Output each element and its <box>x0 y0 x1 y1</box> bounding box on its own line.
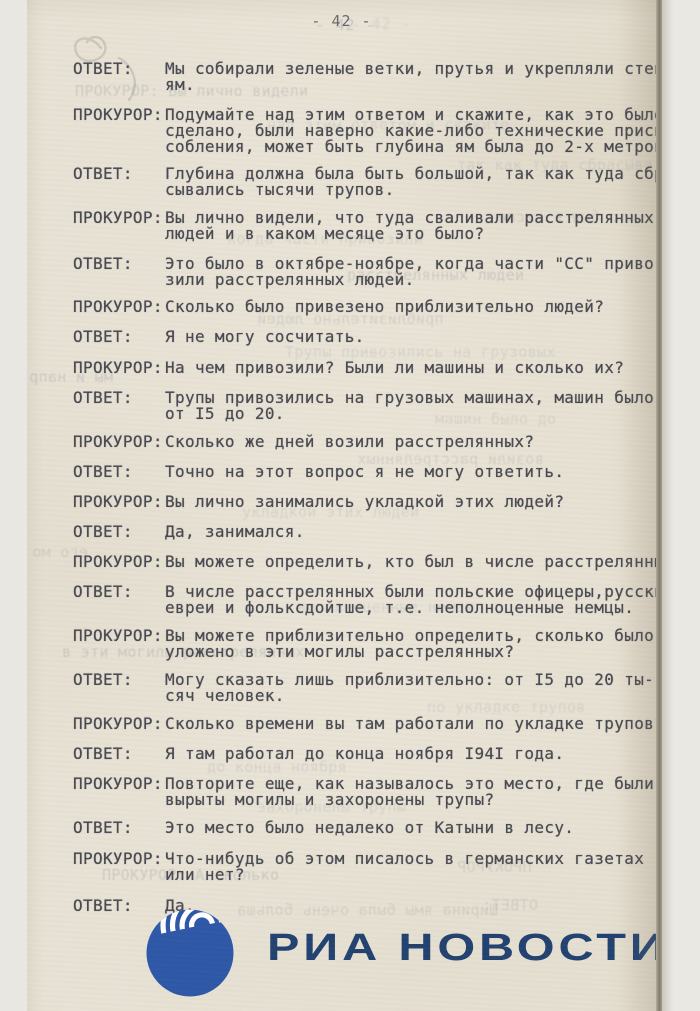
dialogue-text: На чем привозили? Были ли машины и сколь… <box>165 360 624 376</box>
dialogue-text: Это место было недалеко от Катыни в лесу… <box>165 820 574 836</box>
dialogue-block: ОТВЕТ:Могу сказать лишь приблизительно: … <box>73 672 654 704</box>
dialogue-block: ОТВЕТ:Это место было недалеко от Катыни … <box>73 820 574 836</box>
speaker-label: ОТВЕТ: <box>73 524 165 540</box>
dialogue-text: Точно на этот вопрос я не могу ответить. <box>165 464 564 480</box>
dialogue-block: ОТВЕТ:Глубина должна была быть большой, … <box>73 166 656 198</box>
dialogue-block: ОТВЕТ:Это было в октябре-ноябре, когда ч… <box>73 256 656 288</box>
speaker-label: ОТВЕТ: <box>73 584 165 600</box>
speaker-label: ОТВЕТ: <box>73 166 165 182</box>
dialogue-text: Да, занимался. <box>165 524 305 540</box>
dialogue-block: ПРОКУРОР:Сколько времени вы там работали… <box>73 716 656 732</box>
dialogue-block: ПРОКУРОР:Повторите еще, как называлось э… <box>73 776 654 808</box>
speaker-label: ПРОКУРОР: <box>73 776 165 792</box>
dialogue-text: Что-нибудь об этом писалось в германских… <box>165 851 644 883</box>
dialogue-block: ПРОКУРОР:Вы можете определить, кто был в… <box>73 554 656 570</box>
speaker-label: ОТВЕТ: <box>73 464 165 480</box>
dialogue-block: ПРОКУРОР:Вы лично видели, что туда свали… <box>73 210 654 242</box>
speaker-label: ПРОКУРОР: <box>73 210 165 226</box>
speaker-label: ПРОКУРОР: <box>73 360 165 376</box>
speaker-label: ОТВЕТ: <box>73 256 165 272</box>
scanned-document: - 42 - ПРОКУРОР: Вы лично видели над эти… <box>0 0 700 1011</box>
speaker-label: ПРОКУРОР: <box>73 851 165 867</box>
dialogue-text: Мы собирали зеленые ветки, прутья и укре… <box>165 61 656 93</box>
dialogue-text: Я там работал до конца ноября I94I года. <box>165 746 564 762</box>
dialogue-block: ПРОКУРОР:Подумайте над этим ответом и ск… <box>73 107 656 155</box>
dialogue-block: ОТВЕТ:Я там работал до конца ноября I94I… <box>73 746 564 762</box>
dialogue-text: Вы можете определить, кто был в числе ра… <box>165 554 656 570</box>
dialogue-text: Вы можете приблизительно определить, ско… <box>165 628 654 660</box>
dialogue-text: Могу сказать лишь приблизительно: от I5 … <box>165 672 654 704</box>
dialogue-text: Сколько же дней возили расстрелянных? <box>165 434 534 450</box>
scan-page: - 42 - ПРОКУРОР: Вы лично видели над эти… <box>27 0 656 1011</box>
dialogue-block: ПРОКУРОР:Вы можете приблизительно опреде… <box>73 628 654 660</box>
dialogue-text: Сколько было привезено приблизительно лю… <box>165 299 604 315</box>
speaker-label: ПРОКУРОР: <box>73 494 165 510</box>
speaker-label: ПРОКУРОР: <box>73 107 165 123</box>
dialogue-block: ПРОКУРОР:Сколько же дней возили расстрел… <box>73 434 534 450</box>
dialogue-block: ПРОКУРОР:На чем привозили? Были ли машин… <box>73 360 624 376</box>
dialogue-text: Вы лично занимались укладкой этих людей? <box>165 494 564 510</box>
dialogue-block: ОТВЕТ:Мы собирали зеленые ветки, прутья … <box>73 61 656 93</box>
dialogue-text: Глубина должна была быть большой, так ка… <box>165 166 656 198</box>
dialogue-text: Сколько времени вы там работали по уклад… <box>165 716 656 732</box>
dialogue-block: ПРОКУРОР:Что-нибудь об этом писалось в г… <box>73 851 644 883</box>
speaker-label: ПРОКУРОР: <box>73 434 165 450</box>
dialogue-block: ПРОКУРОР:Сколько было привезено приблизи… <box>73 299 604 315</box>
dialogue-text: Трупы привозились на грузовых машинах, м… <box>165 390 654 422</box>
dialogue-block: ОТВЕТ:Да, занимался. <box>73 524 305 540</box>
speaker-label: ПРОКУРОР: <box>73 299 165 315</box>
dialogue-text: Повторите еще, как называлось это место,… <box>165 776 654 808</box>
speaker-label: ПРОКУРОР: <box>73 716 165 732</box>
dialogue-text: Я не могу сосчитать. <box>165 329 365 345</box>
speaker-label: ОТВЕТ: <box>73 61 165 77</box>
dialogue-text: Подумайте над этим ответом и скажите, ка… <box>165 107 656 155</box>
speaker-label: ОТВЕТ: <box>73 329 165 345</box>
dialogue-text: Вы лично видели, что туда сваливали расс… <box>165 210 654 242</box>
speaker-label: ОТВЕТ: <box>73 672 165 688</box>
dialogue-block: ОТВЕТ:Трупы привозились на грузовых маши… <box>73 390 654 422</box>
dialogue-block: ОТВЕТ:Точно на этот вопрос я не могу отв… <box>73 464 564 480</box>
speaker-label: ОТВЕТ: <box>73 390 165 406</box>
dialogue-text: Это было в октябре-ноябре, когда части "… <box>165 256 656 288</box>
speaker-label: ПРОКУРОР: <box>73 628 165 644</box>
bleed-through-text: Ширина ямы была очень больша <box>237 903 498 918</box>
ria-novosti-wordmark: РИА НОВОСТИ <box>267 928 656 968</box>
speaker-label: ОТВЕТ: <box>73 820 165 836</box>
speaker-label: ПРОКУРОР: <box>73 554 165 570</box>
dialogue-text: В числе расстрелянных были польские офиц… <box>165 584 656 616</box>
dialogue-block: ПРОКУРОР:Вы лично занимались укладкой эт… <box>73 494 564 510</box>
scanner-margin-right <box>662 0 700 1011</box>
dialogue-block: ОТВЕТ:В числе расстрелянных были польски… <box>73 584 656 616</box>
dialogue-block: ОТВЕТ:Я не могу сосчитать. <box>73 329 365 345</box>
ria-novosti-globe-icon <box>146 909 234 997</box>
speaker-label: ОТВЕТ: <box>73 746 165 762</box>
